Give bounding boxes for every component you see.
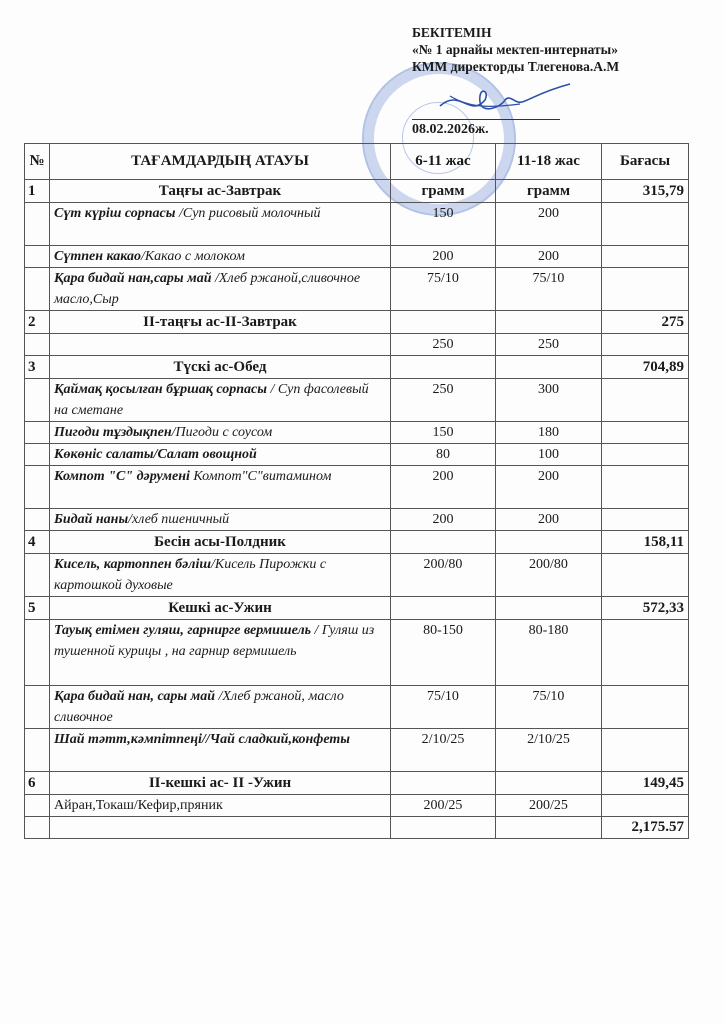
approval-director: КММ директорды Тлегенова.А.М: [412, 58, 619, 75]
dish-name: Компот "С" дәрумені Компот"С"витамином: [50, 466, 391, 509]
price-empty: [602, 268, 689, 311]
portion-11-18: 2/10/25: [496, 729, 602, 772]
table-row: Айран,Токаш/Кефир,пряник200/25200/25: [25, 795, 689, 817]
section-row: 3Түскі ас-Обед704,89: [25, 356, 689, 379]
row-number-empty: [25, 379, 50, 422]
dish-name-russian: /хлеб пшеничный: [128, 512, 229, 527]
row-number-empty: [25, 334, 50, 356]
empty-cell: [391, 311, 496, 334]
price-empty: [602, 466, 689, 509]
section-price: 315,79: [602, 180, 689, 203]
table-row: Сүтпен какао/Какао с молоком200200: [25, 246, 689, 268]
portion-6-11: 200: [391, 509, 496, 531]
price-empty: [602, 246, 689, 268]
dish-name-kazakh: Сүтпен какао: [54, 249, 141, 264]
signature-line: [412, 119, 560, 120]
row-number-empty: [25, 246, 50, 268]
row-number-empty: [25, 795, 50, 817]
table-row: Бидай наны/хлеб пшеничный200200: [25, 509, 689, 531]
row-number-empty: [25, 554, 50, 597]
row-number-empty: [25, 466, 50, 509]
portion-11-18: 200/25: [496, 795, 602, 817]
section-row: 2ІІ-таңғы ас-ІІ-Завтрак275: [25, 311, 689, 334]
section-row: 4Бесін асы-Полдник158,11: [25, 531, 689, 554]
portion-11-18: 250: [496, 334, 602, 356]
price-empty: [602, 444, 689, 466]
portion-11-18: 200/80: [496, 554, 602, 597]
empty-cell: [496, 531, 602, 554]
section-number: 3: [25, 356, 50, 379]
approval-title: БЕКІТЕМІН: [412, 24, 619, 41]
menu-body: 1Таңғы ас-Завтракграммграмм315,79Сүт күр…: [25, 180, 689, 839]
price-empty: [602, 729, 689, 772]
section-number: 2: [25, 311, 50, 334]
portion-6-11: 80: [391, 444, 496, 466]
table-row: Көкөніс салаты/Салат овощной80100: [25, 444, 689, 466]
portion-11-18: 180: [496, 422, 602, 444]
portion-6-11: 150: [391, 203, 496, 246]
table-row: Пигоди тұздықпен/Пигоди с соусом150180: [25, 422, 689, 444]
portion-6-11: 200/80: [391, 554, 496, 597]
portion-6-11: 250: [391, 334, 496, 356]
portion-11-18: 200: [496, 203, 602, 246]
empty-cell: [496, 772, 602, 795]
dish-name: [50, 334, 391, 356]
section-title: ІІ-кешкі ас- ІІ -Ужин: [50, 772, 391, 795]
dish-name: Бидай наны/хлеб пшеничный: [50, 509, 391, 531]
section-number: 6: [25, 772, 50, 795]
section-price: 158,11: [602, 531, 689, 554]
header-age-6-11: 6-11 жас: [391, 144, 496, 180]
portion-11-18: 80-180: [496, 620, 602, 686]
empty-cell: [391, 772, 496, 795]
portion-6-11: 2/10/25: [391, 729, 496, 772]
portion-6-11: 250: [391, 379, 496, 422]
empty-cell: [391, 597, 496, 620]
total-row: 2,175.57: [25, 817, 689, 839]
dish-name-kazakh: Бидай наны: [54, 512, 128, 527]
price-empty: [602, 203, 689, 246]
dish-name-kazakh: Қара бидай нан, сары май: [54, 689, 215, 704]
menu-table: № ТАҒАМДАРДЫҢ АТАУЫ 6-11 жас 11-18 жас Б…: [24, 143, 689, 839]
approval-date: 08.02.2026ж.: [412, 121, 489, 138]
table-row: Қара бидай нан,сары май /Хлеб ржаной,сли…: [25, 268, 689, 311]
section-number: 4: [25, 531, 50, 554]
row-number-empty: [25, 686, 50, 729]
dish-name: Пигоди тұздықпен/Пигоди с соусом: [50, 422, 391, 444]
section-row: 5Кешкі ас-Ужин572,33: [25, 597, 689, 620]
unit-11-18: грамм: [496, 180, 602, 203]
section-title: Таңғы ас-Завтрак: [50, 180, 391, 203]
dish-name-kazakh: Шай тәтт,кәмпітпеңі//Чай сладкий,конфеты: [54, 732, 350, 747]
table-row: Тауық етімен гуляш, гарнирге вермишель /…: [25, 620, 689, 686]
header-price: Бағасы: [602, 144, 689, 180]
price-empty: [602, 334, 689, 356]
row-number-empty: [25, 422, 50, 444]
dish-name: Сүт күріш сорпасы /Суп рисовый молочный: [50, 203, 391, 246]
empty-cell: [391, 356, 496, 379]
empty-cell: [496, 311, 602, 334]
total-price: 2,175.57: [602, 817, 689, 839]
portion-6-11: 75/10: [391, 268, 496, 311]
portion-11-18: 200: [496, 466, 602, 509]
section-price: 704,89: [602, 356, 689, 379]
dish-name-kazakh: Тауық етімен гуляш, гарнирге вермишель: [54, 623, 311, 638]
section-title: Кешкі ас-Ужин: [50, 597, 391, 620]
dish-name: Көкөніс салаты/Салат овощной: [50, 444, 391, 466]
section-title: Бесін асы-Полдник: [50, 531, 391, 554]
table-row: Қара бидай нан, сары май /Хлеб ржаной, м…: [25, 686, 689, 729]
dish-name-russian: /Какао с молоком: [141, 249, 245, 264]
dish-name-russian: Компот"С"витамином: [190, 469, 332, 484]
dish-name-kazakh: Сүт күріш сорпасы: [54, 206, 175, 221]
portion-6-11: 200: [391, 466, 496, 509]
dish-name-kazakh: Кисель, картоппен бәліш: [54, 557, 211, 572]
portion-11-18: 200: [496, 246, 602, 268]
unit-6-11: грамм: [391, 180, 496, 203]
price-empty: [602, 686, 689, 729]
dish-name-text: Айран,Токаш/Кефир,пряник: [54, 798, 223, 813]
empty-cell: [496, 356, 602, 379]
table-header-row: № ТАҒАМДАРДЫҢ АТАУЫ 6-11 жас 11-18 жас Б…: [25, 144, 689, 180]
row-number-empty: [25, 444, 50, 466]
empty-cell: [391, 817, 496, 839]
row-number-empty: [25, 509, 50, 531]
director-signature: [430, 78, 580, 118]
dish-name-kazakh: Пигоди тұздықпен: [54, 425, 172, 440]
price-empty: [602, 422, 689, 444]
row-number-empty: [25, 620, 50, 686]
dish-name: Сүтпен какао/Какао с молоком: [50, 246, 391, 268]
portion-11-18: 75/10: [496, 268, 602, 311]
table-row: 250250: [25, 334, 689, 356]
dish-name-kazakh: Қаймақ қосылған бұршақ сорпасы: [54, 382, 267, 397]
section-row: 1Таңғы ас-Завтракграммграмм315,79: [25, 180, 689, 203]
row-number-empty: [25, 729, 50, 772]
dish-name: Шай тәтт,кәмпітпеңі//Чай сладкий,конфеты: [50, 729, 391, 772]
dish-name: Тауық етімен гуляш, гарнирге вермишель /…: [50, 620, 391, 686]
dish-name-russian: /Суп рисовый молочный: [175, 206, 320, 221]
approval-block: БЕКІТЕМІН «№ 1 арнайы мектеп-интернаты» …: [412, 24, 619, 75]
section-number: 5: [25, 597, 50, 620]
row-number-empty: [25, 203, 50, 246]
dish-name-kazakh: Қара бидай нан,сары май: [54, 271, 212, 286]
portion-6-11: 200: [391, 246, 496, 268]
price-empty: [602, 509, 689, 531]
section-price: 572,33: [602, 597, 689, 620]
portion-11-18: 100: [496, 444, 602, 466]
price-empty: [602, 554, 689, 597]
portion-6-11: 75/10: [391, 686, 496, 729]
table-row: Компот "С" дәрумені Компот"С"витамином20…: [25, 466, 689, 509]
table-row: Кисель, картоппен бәліш/Кисель Пирожки с…: [25, 554, 689, 597]
price-empty: [602, 795, 689, 817]
dish-name: Қара бидай нан, сары май /Хлеб ржаной, м…: [50, 686, 391, 729]
approval-school: «№ 1 арнайы мектеп-интернаты»: [412, 41, 619, 58]
dish-name: Айран,Токаш/Кефир,пряник: [50, 795, 391, 817]
table-row: Қаймақ қосылған бұршақ сорпасы / Суп фас…: [25, 379, 689, 422]
portion-11-18: 300: [496, 379, 602, 422]
dish-name: Қара бидай нан,сары май /Хлеб ржаной,сли…: [50, 268, 391, 311]
section-price: 149,45: [602, 772, 689, 795]
section-price: 275: [602, 311, 689, 334]
portion-11-18: 75/10: [496, 686, 602, 729]
header-age-11-18: 11-18 жас: [496, 144, 602, 180]
price-empty: [602, 620, 689, 686]
empty-cell: [25, 817, 50, 839]
header-number: №: [25, 144, 50, 180]
empty-cell: [496, 817, 602, 839]
section-title: ІІ-таңғы ас-ІІ-Завтрак: [50, 311, 391, 334]
portion-6-11: 150: [391, 422, 496, 444]
empty-cell: [496, 597, 602, 620]
dish-name-kazakh: Көкөніс салаты/Салат овощной: [54, 447, 257, 462]
price-empty: [602, 379, 689, 422]
dish-name-kazakh: Компот "С" дәрумені: [54, 469, 190, 484]
empty-cell: [50, 817, 391, 839]
dish-name-russian: /Пигоди с соусом: [172, 425, 273, 440]
portion-11-18: 200: [496, 509, 602, 531]
table-row: Шай тәтт,кәмпітпеңі//Чай сладкий,конфеты…: [25, 729, 689, 772]
dish-name: Қаймақ қосылған бұршақ сорпасы / Суп фас…: [50, 379, 391, 422]
header-dish-name: ТАҒАМДАРДЫҢ АТАУЫ: [50, 144, 391, 180]
portion-6-11: 200/25: [391, 795, 496, 817]
section-row: 6ІІ-кешкі ас- ІІ -Ужин149,45: [25, 772, 689, 795]
empty-cell: [391, 531, 496, 554]
section-title: Түскі ас-Обед: [50, 356, 391, 379]
dish-name: Кисель, картоппен бәліш/Кисель Пирожки с…: [50, 554, 391, 597]
table-row: Сүт күріш сорпасы /Суп рисовый молочный1…: [25, 203, 689, 246]
portion-6-11: 80-150: [391, 620, 496, 686]
row-number-empty: [25, 268, 50, 311]
section-number: 1: [25, 180, 50, 203]
